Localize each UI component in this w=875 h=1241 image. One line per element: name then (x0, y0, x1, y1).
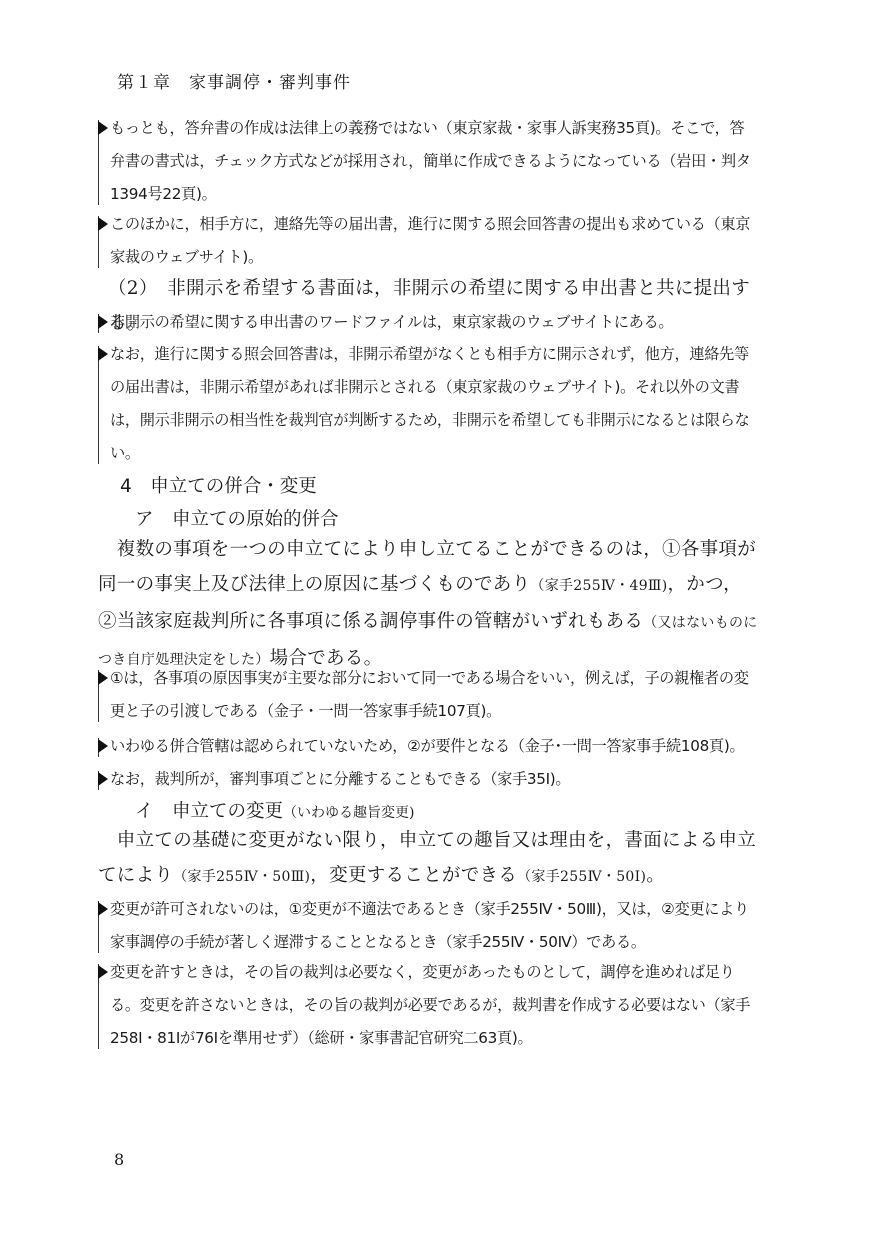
section-i-heading: イ 申立ての変更（いわゆる趣旨変更) (135, 797, 414, 823)
section-a-body: 複数の事項を一つの申立てにより申し立てることができるのは，①各事項が同一の事実上… (98, 532, 758, 678)
note-text: いわゆる併合管轄は認められていないため，②が要件となる（金子･一問一答家事手続1… (98, 730, 758, 763)
page-number: 8 (114, 1150, 124, 1169)
note-text: もっとも，答弁書の作成は法律上の義務ではない（東京家裁・家事人訴実務35頁)。そ… (98, 112, 758, 211)
note-text: ①は，各事項の原因事実が主要な部分において同一である場合をいい，例えば，子の親権… (98, 662, 758, 728)
body-text: ，変更することができる (310, 865, 517, 886)
note-block: なお，進行に関する照会回答書は，非開示希望がなくとも相手方に開示されず，他方，連… (98, 338, 758, 470)
note-text: このほかに，相手方に，連絡先等の届出書，進行に関する照会回答書の提出も求めている… (98, 208, 758, 274)
triangle-marker-icon (98, 347, 108, 361)
note-text: なお，裁判所が，審判事項ごとに分離することもできる（家手35Ⅰ)。 (98, 763, 758, 796)
triangle-marker-icon (98, 121, 108, 135)
citation: （家手255Ⅳ・50Ⅲ) (173, 869, 310, 885)
note-block: もっとも，答弁書の作成は法律上の義務ではない（東京家裁・家事人訴実務35頁)。そ… (98, 112, 758, 211)
note-block: 非開示の希望に関する申出書のワードファイルは，東京家裁のウェブサイトにある。 (98, 306, 758, 339)
note-block: 変更が許可されないのは，①変更が不適法であるとき（家手255Ⅳ・50Ⅲ)，又は，… (98, 893, 758, 959)
triangle-marker-icon (98, 315, 108, 329)
section-a-heading: ア 申立ての原始的併合 (135, 505, 339, 531)
body-text: 。 (646, 865, 665, 886)
note-text: 変更を許すときは，その旨の裁判は必要なく，変更があったものとして，調停を進めれば… (98, 956, 758, 1055)
triangle-marker-icon (98, 902, 108, 916)
triangle-marker-icon (98, 965, 108, 979)
note-text: 変更が許可されないのは，①変更が不適法であるとき（家手255Ⅳ・50Ⅲ)，又は，… (98, 893, 758, 959)
note-block: なお，裁判所が，審判事項ごとに分離することもできる（家手35Ⅰ)。 (98, 763, 758, 796)
section-i-title: イ 申立ての変更 (135, 801, 283, 822)
note-block: 変更を許すときは，その旨の裁判は必要なく，変更があったものとして，調停を進めれば… (98, 956, 758, 1055)
triangle-marker-icon (98, 671, 108, 685)
section-i-subtitle: （いわゆる趣旨変更) (283, 805, 414, 821)
section-i-body: 申立ての基礎に変更がない限り，申立ての趣旨又は理由を，書面による申立てにより（家… (98, 823, 758, 895)
note-block: いわゆる併合管轄は認められていないため，②が要件となる（金子･一問一答家事手続1… (98, 730, 758, 763)
triangle-marker-icon (98, 217, 108, 231)
note-text: なお，進行に関する照会回答書は，非開示希望がなくとも相手方に開示されず，他方，連… (98, 338, 758, 470)
chapter-header: 第１章 家事調停・審判事件 (117, 68, 351, 93)
section-4-heading: 4 申立ての併合・変更 (120, 472, 317, 498)
citation: （家手255Ⅳ・49Ⅲ) (530, 578, 667, 594)
triangle-marker-icon (98, 772, 108, 786)
citation: （家手255Ⅳ・50Ⅰ) (517, 869, 646, 885)
note-bar (98, 346, 99, 464)
note-block: このほかに，相手方に，連絡先等の届出書，進行に関する照会回答書の提出も求めている… (98, 208, 758, 274)
note-text: 非開示の希望に関する申出書のワードファイルは，東京家裁のウェブサイトにある。 (98, 306, 758, 339)
triangle-marker-icon (98, 739, 108, 753)
note-block: ①は，各事項の原因事実が主要な部分において同一である場合をいい，例えば，子の親権… (98, 662, 758, 728)
